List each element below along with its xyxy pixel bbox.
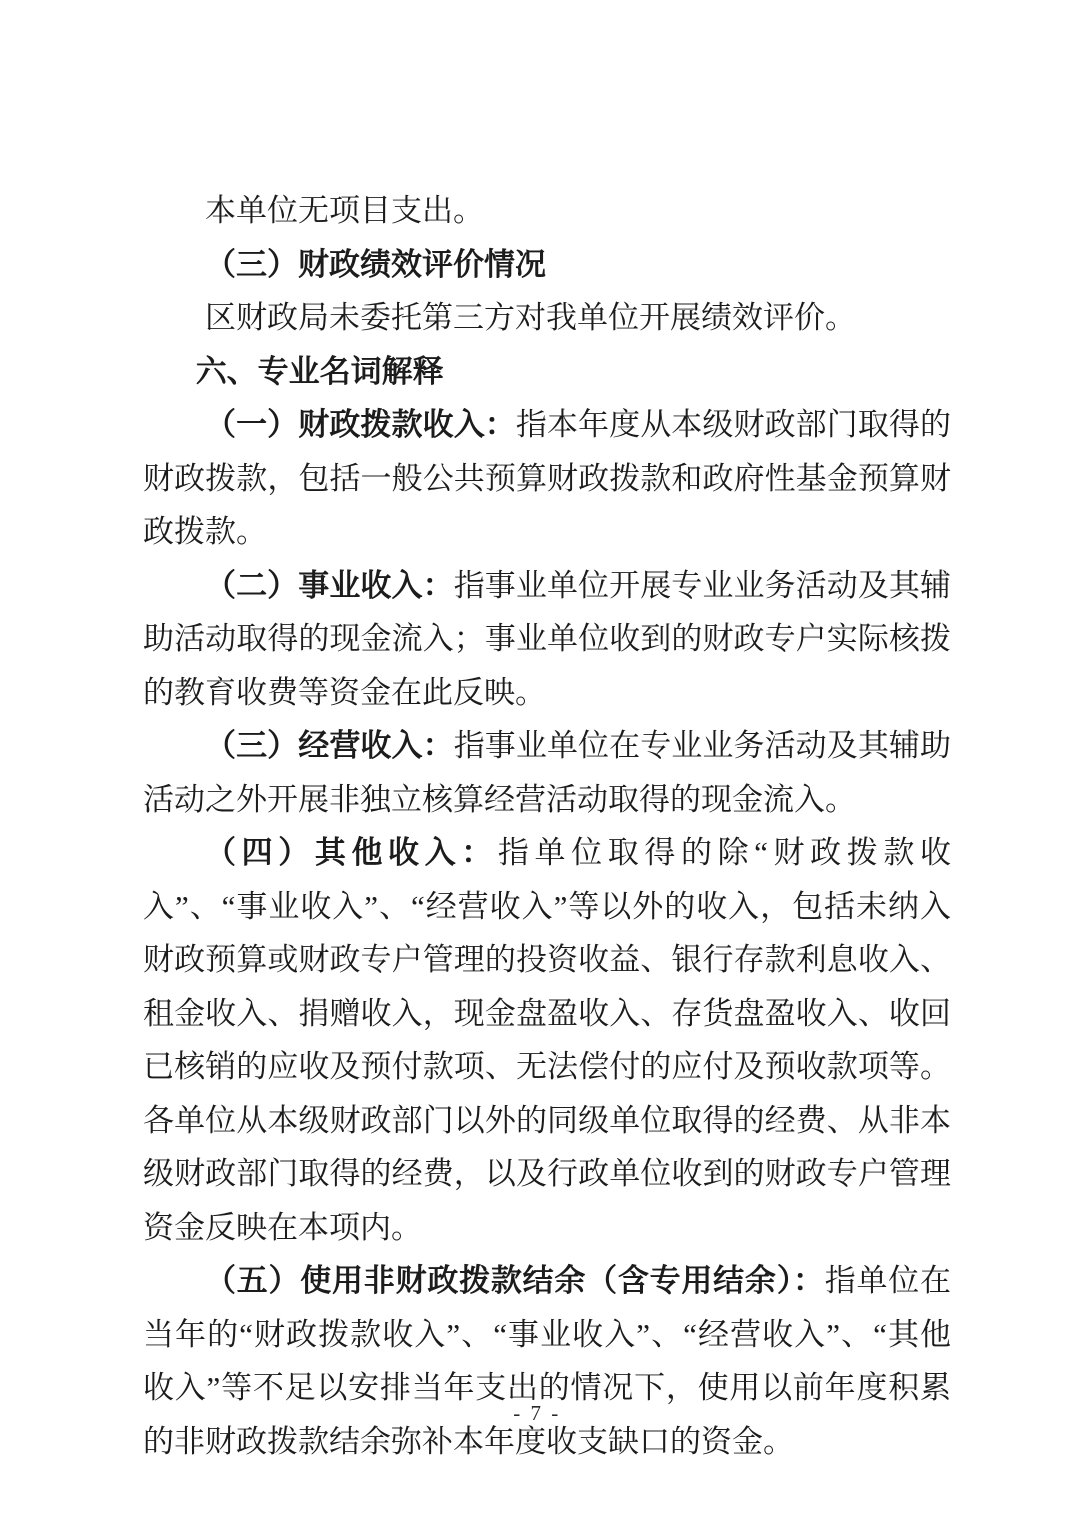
definition-term-operating-unit-income: （二）事业收入： [205,568,454,603]
page-number: - 7 - [0,1398,1074,1428]
definition-term-business-income: （三）经营收入： [205,728,454,763]
paragraph-no-project-expense: 本单位无项目支出。 [143,184,951,238]
document-page: 本单位无项目支出。 （三）财政绩效评价情况 区财政局未委托第三方对我单位开展绩效… [0,0,1074,1520]
definition-term-other-income: （四）其他收入： [205,835,498,870]
definition-body-other-income: 指单位取得的除“财政拨款收入”、“事业收入”、“经营收入”等以外的收入，包括未纳… [143,835,951,1245]
paragraph-no-third-party-evaluation: 区财政局未委托第三方对我单位开展绩效评价。 [143,291,951,345]
definition-non-fiscal-surplus-usage: （五）使用非财政拨款结余（含专用结余）：指单位在当年的“财政拨款收入”、“事业收… [143,1254,951,1468]
definition-business-income: （三）经营收入：指事业单位在专业业务活动及其辅助活动之外开展非独立核算经营活动取… [143,719,951,826]
definition-fiscal-appropriation-income: （一）财政拨款收入：指本年度从本级财政部门取得的财政拨款，包括一般公共预算财政拨… [143,398,951,559]
heading-terms-glossary: 六、专业名词解释 [143,345,951,399]
heading-fiscal-performance-evaluation: （三）财政绩效评价情况 [143,238,951,292]
document-body: 本单位无项目支出。 （三）财政绩效评价情况 区财政局未委托第三方对我单位开展绩效… [143,184,951,1468]
definition-term-non-fiscal-surplus-usage: （五）使用非财政拨款结余（含专用结余）： [205,1263,825,1298]
definition-term-fiscal-appropriation-income: （一）财政拨款收入： [205,407,516,442]
definition-operating-unit-income: （二）事业收入：指事业单位开展专业业务活动及其辅助活动取得的现金流入；事业单位收… [143,559,951,720]
definition-other-income: （四）其他收入：指单位取得的除“财政拨款收入”、“事业收入”、“经营收入”等以外… [143,826,951,1254]
